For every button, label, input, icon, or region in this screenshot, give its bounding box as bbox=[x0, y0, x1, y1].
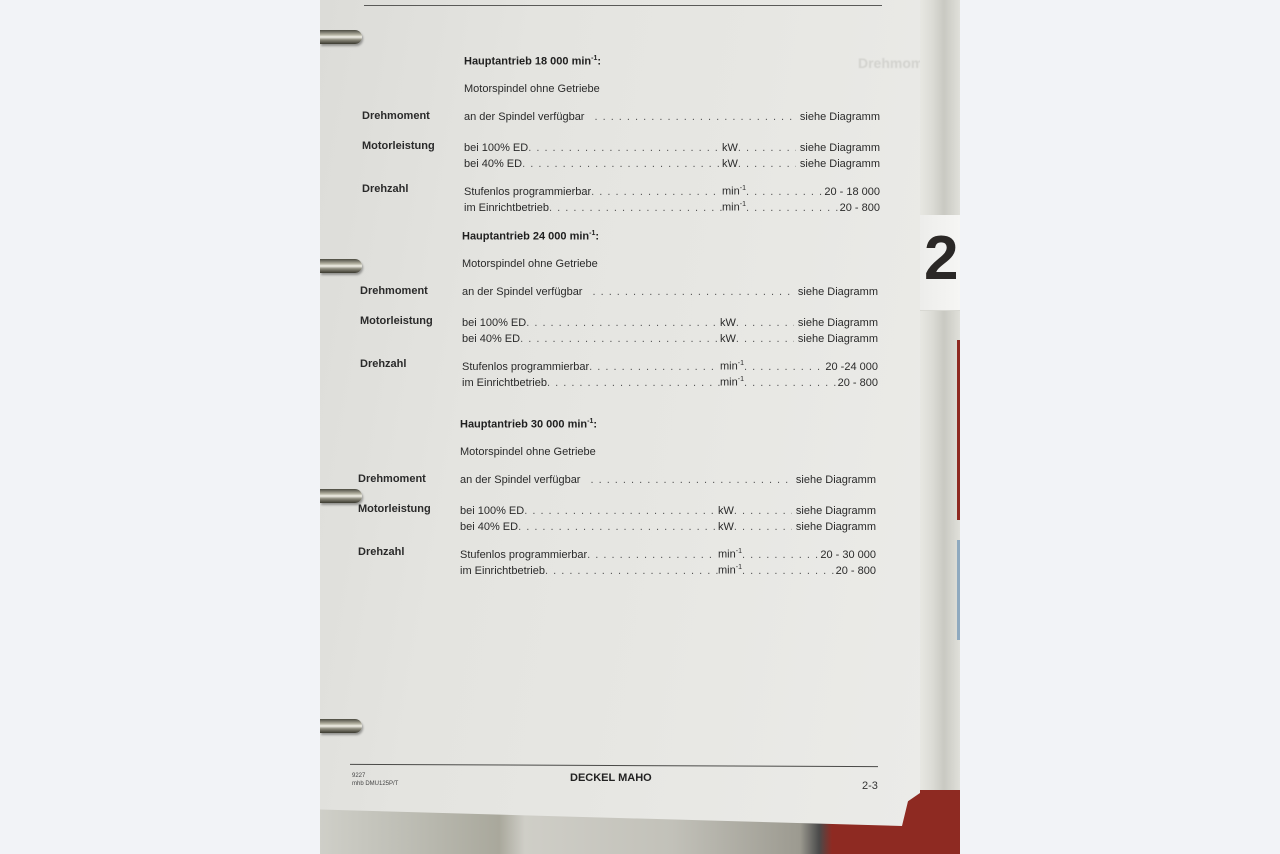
binder-photo: 2 Drehmoment-Leistungsdiagramm Hauptantr… bbox=[320, 0, 960, 854]
spec-row: bei 40% ED kW siehe Diagramm bbox=[462, 333, 878, 347]
spec-row: bei 40% ED kW siehe Diagramm bbox=[460, 521, 876, 535]
label-drehzahl: Drehzahl bbox=[358, 546, 404, 558]
spec-row: an der Spindel verfügbar siehe Diagramm bbox=[462, 286, 878, 300]
section-title: Hauptantrieb 30 000 min-1: bbox=[460, 418, 597, 431]
header-rule bbox=[364, 5, 882, 6]
spec-row: an der Spindel verfügbar siehe Diagramm bbox=[460, 474, 876, 488]
binder-ring-icon bbox=[320, 489, 362, 503]
page-number: 2-3 bbox=[862, 780, 878, 792]
spec-row: im Einrichtbetrieb min-1 20 - 800 bbox=[464, 201, 880, 215]
label-drehzahl: Drehzahl bbox=[362, 183, 408, 195]
footer-code: 9227 bbox=[352, 772, 398, 780]
label-motorleistung: Motorleistung bbox=[360, 315, 433, 327]
spec-row: bei 100% ED kW siehe Diagramm bbox=[464, 142, 880, 156]
label-motorleistung: Motorleistung bbox=[358, 503, 431, 515]
spec-row: Stufenlos programmierbar min-1 20 -24 00… bbox=[462, 360, 878, 374]
section-subtitle: Motorspindel ohne Getriebe bbox=[462, 258, 598, 270]
spec-row: Stufenlos programmierbar min-1 20 - 18 0… bbox=[464, 185, 880, 199]
spec-row: bei 40% ED kW siehe Diagramm bbox=[464, 158, 880, 172]
spec-row: bei 100% ED kW siehe Diagramm bbox=[460, 505, 876, 519]
footer-doc-info: 9227 mhb DMU125P/T bbox=[352, 772, 398, 788]
label-drehmoment: Drehmoment bbox=[360, 285, 428, 297]
binder-ring-icon bbox=[320, 719, 362, 733]
section-subtitle: Motorspindel ohne Getriebe bbox=[464, 83, 600, 95]
binder-ring-icon bbox=[320, 30, 362, 44]
section-subtitle: Motorspindel ohne Getriebe bbox=[460, 446, 596, 458]
footer-brand: DECKEL MAHO bbox=[570, 772, 652, 784]
spec-row: Stufenlos programmierbar min-1 20 - 30 0… bbox=[460, 548, 876, 562]
section-tab-number: 2 bbox=[924, 228, 958, 290]
page-stack-edge bbox=[920, 0, 960, 790]
label-drehmoment: Drehmoment bbox=[358, 473, 426, 485]
footer-doc-ref: mhb DMU125P/T bbox=[352, 780, 398, 788]
binder-ring-icon bbox=[320, 259, 362, 273]
spec-row: an der Spindel verfügbar siehe Diagramm bbox=[464, 111, 880, 125]
label-motorleistung: Motorleistung bbox=[362, 140, 435, 152]
document-page: Drehmoment-Leistungsdiagramm Hauptantrie… bbox=[320, 0, 920, 826]
section-title: Hauptantrieb 18 000 min-1: bbox=[464, 55, 601, 68]
spec-row: im Einrichtbetrieb min-1 20 - 800 bbox=[462, 376, 878, 390]
spec-row: im Einrichtbetrieb min-1 20 - 800 bbox=[460, 564, 876, 578]
footer-rule bbox=[350, 764, 878, 767]
section-title: Hauptantrieb 24 000 min-1: bbox=[462, 230, 599, 243]
label-drehmoment: Drehmoment bbox=[362, 110, 430, 122]
spec-row: bei 100% ED kW siehe Diagramm bbox=[462, 317, 878, 331]
label-drehzahl: Drehzahl bbox=[360, 358, 406, 370]
